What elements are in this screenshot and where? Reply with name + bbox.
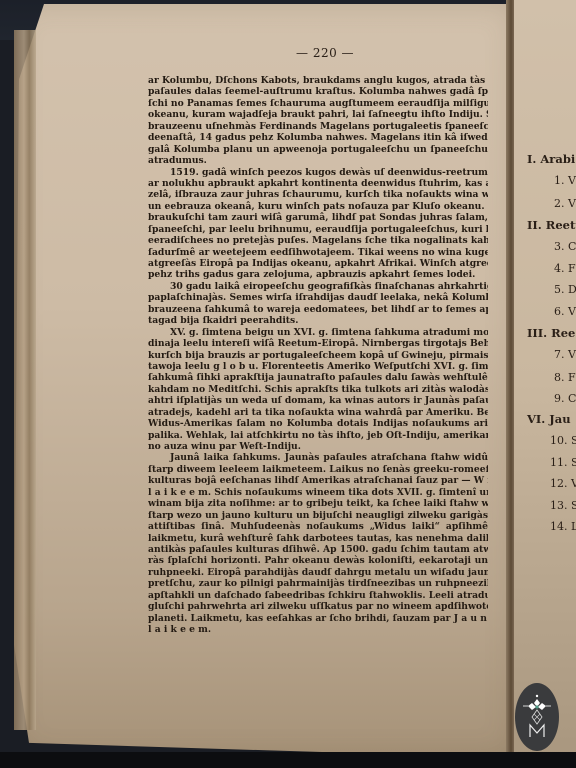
text-line: eeradiſchees no pretejàs puſes. Magelans…	[148, 235, 488, 246]
text-line: kulturas bojâ eeſchanas lihdſ Amerikas a…	[148, 475, 488, 486]
toc-entry: 6. V	[554, 305, 576, 318]
text-line: atradumus.	[148, 155, 488, 166]
text-line: Widus-Amerikas ſalam no Kolumba dotais I…	[148, 418, 488, 429]
text-line: paſaules dalas ſeemel-auſtrumu kraſtus. …	[148, 86, 488, 97]
text-line: l a i k e e m. Schis noſaukums wineem ti…	[148, 487, 488, 498]
text-line: ahtri iſplatijàs un weda uſ domam, ka wi…	[148, 395, 488, 406]
text-line: ſtarp diweem leeleem laikmeteem. Laikus …	[148, 464, 488, 475]
text-line: laikmetu, kurâ wehſturê ſahk darbotees t…	[148, 533, 488, 544]
text-line: kurſch bija brauzis ar portugaleeſcheem …	[148, 350, 488, 361]
toc-entry: 12. V	[550, 477, 576, 490]
page-stack-edge	[14, 30, 36, 730]
text-line: ſpaneeſchi, par leelu brihnumu, eeraudſi…	[148, 224, 488, 235]
text-line: 1519. gadâ winſch peezos kugos dewàs uſ …	[148, 167, 488, 178]
floral-m-monogram-icon	[520, 691, 554, 743]
text-line: deenaſtâ, 14 gadus pehz Kolumba nahwes. …	[148, 132, 488, 143]
toc-section-heading: III. Ree	[527, 326, 575, 340]
text-line: brauzeena ſahkumâ to wareja eedomatees, …	[148, 304, 488, 315]
text-line: Jaunâ laika ſahkums. Jaunàs paſaules atr…	[148, 452, 488, 463]
text-line: paplaſchinajàs. Semes wirſa iſrahdijas d…	[148, 292, 488, 303]
toc-entry: 10. S	[550, 434, 576, 447]
toc-entry: 14. L	[550, 520, 576, 533]
text-line: ſahkumâ ſihki aprakſtija jaunatraſto paſ…	[148, 372, 488, 383]
text-line: ràs ſplaſchi horizonti. Pahr okeanu dewà…	[148, 555, 488, 566]
text-line: attiſtibas ſinâ. Muhſudeenàs noſaukums „…	[148, 521, 488, 532]
text-line: brauzeenu uſnehmàs Ferdinands Magelans p…	[148, 121, 488, 132]
text-line: ar nolukhu apbraukt apkahrt kontinenta d…	[148, 178, 488, 189]
bottom-backdrop	[0, 752, 576, 768]
text-line: ruhpneeki. Eiropâ parahdijàs daudſ dahrg…	[148, 567, 488, 578]
text-line: XV. g. ſimtena beigu un XVI. g. ſimtena …	[148, 327, 488, 338]
text-line: ar Kolumbu, Dſchons Kabots, braukdams an…	[148, 75, 488, 86]
toc-section-heading: VI. Jau	[527, 412, 571, 426]
text-line: galâ Kolumba planu un apweenoja portugal…	[148, 144, 488, 155]
text-line: tagad bija ſkaidri peerahdits.	[148, 315, 488, 326]
page-number: — 220 —	[296, 46, 354, 60]
text-line: ſtarp wezo un jauno kulturu un bijuſchi …	[148, 510, 488, 521]
text-line: pehz trihs gadus gara zelojuma, apbrauzi…	[148, 269, 488, 280]
body-text: ar Kolumbu, Dſchons Kabots, braukdams an…	[148, 75, 488, 635]
text-line: atgreeſàs Eiropâ pa Indijas okeanu, apka…	[148, 258, 488, 269]
text-line: okeanu, kuram wajadſeja braukt pahri, la…	[148, 109, 488, 120]
text-line: ſadurſmê ar weetejeem eedſihwotajeem. Ti…	[148, 247, 488, 258]
right-book-page	[514, 0, 576, 768]
toc-entry: 11. S	[550, 456, 576, 469]
toc-section-heading: II. Reetu	[527, 218, 576, 232]
toc-entry: 7. V	[554, 348, 576, 361]
text-line: tawoja leelu g l o b u. Florenteetis Ame…	[148, 361, 488, 372]
text-line: antikàs paſaules kulturas dſihwê. Ap 150…	[148, 544, 488, 555]
text-line: no auza winu par Weſt-Indiju.	[148, 441, 488, 452]
text-line: apſtahkli un daſchado ſabeedribas ſchkir…	[148, 590, 488, 601]
text-line: palika. Wehlak, lai atſchkirtu no tàs ih…	[148, 430, 488, 441]
toc-entry: 13. S	[550, 499, 576, 512]
text-line: atradejs, kadehl ari ta tika noſaukta wi…	[148, 407, 488, 418]
text-line: 30 gadu laikâ eiropeeſchu geografiſkàs ſ…	[148, 281, 488, 292]
toc-entry: 5. D	[554, 283, 576, 296]
text-line: un eebrauza okeanâ, kuru winſch pats noſ…	[148, 201, 488, 212]
text-line: pretſchu, zaur ko pilnigi pahrmainijàs t…	[148, 578, 488, 589]
toc-entry: 3. C	[554, 240, 576, 253]
toc-entry: 1. ⁠V	[554, 174, 576, 187]
watermark-badge	[515, 683, 559, 751]
text-line: winam bija zita noſihme: ar to gribeju t…	[148, 498, 488, 509]
text-line: braukuſchi tam zauri wiſâ garumâ, lihdſ …	[148, 212, 488, 223]
toc-section-heading: I. Arabi	[527, 152, 575, 166]
toc-entry: 9. C	[554, 392, 576, 405]
text-line: ſchi no Panamas ſemes ſchauruma augſtume…	[148, 98, 488, 109]
text-line: kahdam no Meditſchi. Schis aprakſts tika…	[148, 384, 488, 395]
text-line: dinaja leelu intereſi wiſâ Reetum-Eiropâ…	[148, 338, 488, 349]
toc-entry: 8. F	[554, 371, 576, 384]
text-line: planeti. Laikmetu, kas eeſahkas ar ſcho …	[148, 613, 488, 624]
toc-entry: 4. F	[554, 262, 576, 275]
toc-entry: 2. ⁠V	[554, 197, 576, 210]
text-line: l a i k e e m.	[148, 624, 488, 635]
text-line: zelâ, iſbrauza zaur juhras ſchaurumu, ku…	[148, 189, 488, 200]
text-line: gluſchi pahrwehrta ari zilweku uſſkatus …	[148, 601, 488, 612]
